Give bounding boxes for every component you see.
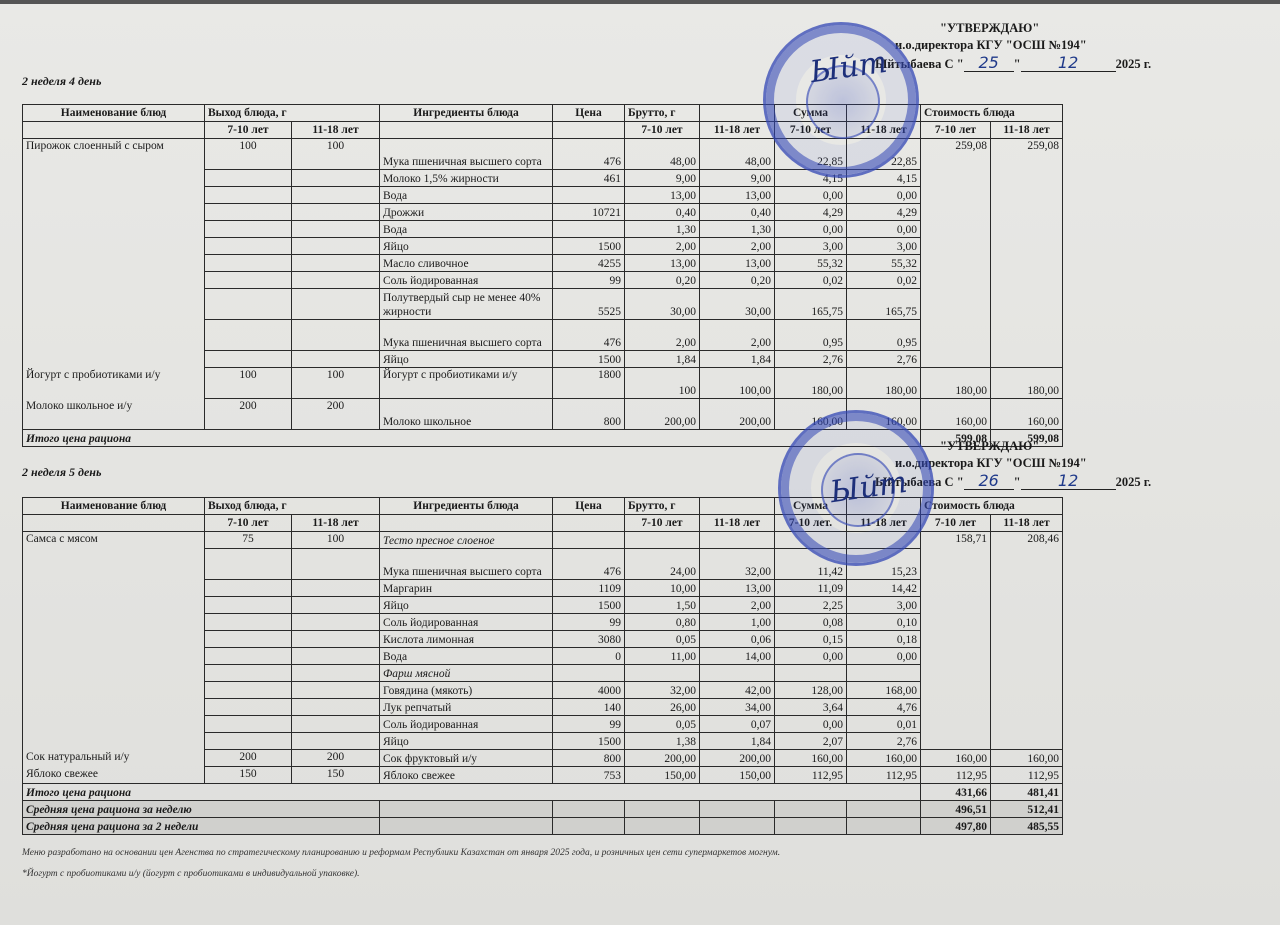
ingredient-name: Яйцо [380,351,553,368]
yield-11-18 [292,682,380,699]
ingredient-price [553,532,625,549]
subheader-blank [553,515,625,532]
ingredient-price: 4255 [553,255,625,272]
sum-11-18: 2,76 [847,733,921,750]
subheader-age-11-18: 11-18 лет [991,515,1063,532]
brutto-7-10: 1,50 [625,597,700,614]
brutto-11-18: 9,00 [700,170,775,187]
dish-cost-7-10: 158,71 [921,532,991,750]
ingredient-price: 99 [553,272,625,289]
ingredient-price: 476 [553,549,625,580]
day4-title: 2 неделя 4 день [22,74,101,89]
ingredient-name: Вода [380,187,553,204]
yield-11-18 [292,580,380,597]
sum-7-10: 0,02 [775,272,847,289]
two-week-average-row: Средняя цена рациона за 2 недели497,8048… [23,818,1063,835]
yield-7-10 [205,289,292,320]
brutto-11-18: 200,00 [700,399,775,430]
two-week-average-blank [625,818,700,835]
yield-11-18 [292,272,380,289]
sum-7-10: 4,29 [775,204,847,221]
brutto-11-18: 1,30 [700,221,775,238]
footnote-yogurt: *Йогурт с пробиотиками и/у (йогурт с про… [22,869,360,879]
sum-7-10: 3,00 [775,238,847,255]
yield-7-10 [205,238,292,255]
brutto-11-18: 2,00 [700,320,775,351]
ingredient-name: Масло сливочное [380,255,553,272]
header-price: Цена [553,105,625,122]
brutto-11-18: 1,00 [700,614,775,631]
brutto-7-10: 30,00 [625,289,700,320]
ingredient-price: 461 [553,170,625,187]
photo-edge [0,0,1280,4]
subheader-blank [380,122,553,139]
official-stamp-icon [763,22,919,178]
subheader-age-7-10: 7-10 лет [205,122,292,139]
brutto-7-10: 10,00 [625,580,700,597]
ingredient-price: 1500 [553,351,625,368]
header-cost: Стоимость блюда [921,105,1063,122]
brutto-11-18: 30,00 [700,289,775,320]
ingredient-name: Мука пшеничная высшего сорта [380,320,553,351]
sum-11-18: 112,95 [847,767,921,784]
brutto-11-18: 13,00 [700,187,775,204]
yield-11-18 [292,614,380,631]
approval-month: 12 [1021,472,1116,490]
brutto-11-18 [700,532,775,549]
brutto-7-10: 1,30 [625,221,700,238]
sum-11-18: 55,32 [847,255,921,272]
yield-11-18 [292,733,380,750]
dish-cost-11-18: 112,95 [991,767,1063,784]
brutto-11-18: 100,00 [700,368,775,399]
dish-cost-11-18: 208,46 [991,532,1063,750]
brutto-7-10: 200,00 [625,750,700,767]
dish-name: Пирожок слоенный с сыром [23,139,205,368]
ingredient-price: 99 [553,716,625,733]
brutto-7-10: 2,00 [625,320,700,351]
sum-11-18: 160,00 [847,750,921,767]
ingredient-price: 1500 [553,597,625,614]
sum-11-18: 14,42 [847,580,921,597]
dish-cost-11-18: 160,00 [991,399,1063,430]
table-row: Сок натуральный и/у200200Сок фруктовый и… [23,750,1063,767]
brutto-7-10: 150,00 [625,767,700,784]
brutto-11-18: 150,00 [700,767,775,784]
yield-11-18: 150 [292,767,380,784]
brutto-11-18: 0,40 [700,204,775,221]
yield-7-10 [205,320,292,351]
sum-7-10: 165,75 [775,289,847,320]
approval-year: 2025 г. [1116,475,1152,489]
ingredient-price: 99 [553,614,625,631]
subheader-age-11-18: 11-18 лет [991,122,1063,139]
ingredient-name: Фарш мясной [380,665,553,682]
ingredient-price: 1500 [553,238,625,255]
sum-11-18: 4,29 [847,204,921,221]
subheader-blank [380,515,553,532]
ingredient-name: Сок фруктовый и/у [380,750,553,767]
sum-11-18: 0,00 [847,221,921,238]
table-row: Молоко школьное и/у200200Молоко школьное… [23,399,1063,430]
ingredient-price: 800 [553,750,625,767]
ingredient-name: Мука пшеничная высшего сорта [380,549,553,580]
yield-11-18 [292,289,380,320]
yield-11-18: 100 [292,139,380,170]
brutto-11-18: 200,00 [700,750,775,767]
sum-11-18: 0,01 [847,716,921,733]
sum-7-10: 0,00 [775,187,847,204]
menu-table-day4: Наименование блюдВыход блюда, гИнгредиен… [22,104,1063,447]
ingredient-price: 476 [553,139,625,170]
total-row: Итого цена рациона431,66481,41 [23,784,1063,801]
brutto-7-10: 13,00 [625,187,700,204]
ingredient-price: 0 [553,648,625,665]
brutto-7-10: 24,00 [625,549,700,580]
brutto-11-18: 0,07 [700,716,775,733]
brutto-11-18: 13,00 [700,580,775,597]
ingredient-name: Яйцо [380,733,553,750]
brutto-7-10: 1,84 [625,351,700,368]
dish-name: Яблоко свежее [23,767,205,784]
sum-7-10: 0,00 [775,648,847,665]
subheader-age-11-18: 11-18 лет [292,515,380,532]
brutto-11-18: 14,00 [700,648,775,665]
brutto-7-10: 100 [625,368,700,399]
dish-cost-7-10: 160,00 [921,399,991,430]
ingredient-price: 3080 [553,631,625,648]
brutto-11-18: 2,00 [700,238,775,255]
ingredient-name: Соль йодированная [380,614,553,631]
approval-day: 26 [964,472,1014,490]
ingredient-name: Вода [380,648,553,665]
sum-7-10: 2,25 [775,597,847,614]
sum-11-18: 180,00 [847,368,921,399]
sum-7-10: 112,95 [775,767,847,784]
ingredient-name: Маргарин [380,580,553,597]
ingredient-name: Говядина (мякоть) [380,682,553,699]
brutto-7-10: 1,38 [625,733,700,750]
table-row: Пирожок слоенный с сыром100100Мука пшени… [23,139,1063,170]
brutto-7-10: 9,00 [625,170,700,187]
brutto-11-18: 1,84 [700,733,775,750]
yield-7-10 [205,272,292,289]
ingredient-price: 1109 [553,580,625,597]
sum-11-18: 0,18 [847,631,921,648]
yield-11-18 [292,597,380,614]
brutto-7-10: 0,05 [625,716,700,733]
sum-11-18: 0,00 [847,187,921,204]
ingredient-name: Молоко 1,5% жирности [380,170,553,187]
sum-7-10: 2,76 [775,351,847,368]
brutto-11-18: 48,00 [700,139,775,170]
ingredient-name: Полутвердый сыр не менее 40% жирности [380,289,553,320]
sum-11-18: 2,76 [847,351,921,368]
yield-11-18 [292,170,380,187]
subheader-age-11-18: 11-18 лет [700,515,775,532]
header-brutto: Брутто, г [625,498,700,515]
brutto-11-18: 0,06 [700,631,775,648]
header-yield: Выход блюда, г [205,498,380,515]
brutto-11-18: 13,00 [700,255,775,272]
ingredient-price: 4000 [553,682,625,699]
yield-7-10: 200 [205,750,292,767]
ingredient-name: Йогурт с пробиотиками и/у [380,368,553,399]
ingredient-name: Соль йодированная [380,272,553,289]
ingredient-price: 1800 [553,368,625,399]
brutto-7-10: 0,05 [625,631,700,648]
yield-7-10 [205,699,292,716]
total-11-18: 481,41 [991,784,1063,801]
brutto-7-10: 26,00 [625,699,700,716]
sum-7-10: 3,64 [775,699,847,716]
sum-7-10: 180,00 [775,368,847,399]
ingredient-price: 5525 [553,289,625,320]
brutto-7-10: 0,20 [625,272,700,289]
two-week-average-blank [700,818,775,835]
sum-11-18: 0,02 [847,272,921,289]
yield-7-10 [205,682,292,699]
yield-7-10: 150 [205,767,292,784]
dish-name: Молоко школьное и/у [23,399,205,430]
sum-11-18: 0,00 [847,648,921,665]
yield-7-10: 100 [205,368,292,399]
subheader-blank [23,515,205,532]
subheader-blank [23,122,205,139]
sum-11-18 [847,665,921,682]
header-ingredients: Ингредиенты блюда [380,105,553,122]
header-brutto: Брутто, г [625,105,700,122]
ingredient-name: Дрожжи [380,204,553,221]
subheader-blank [553,122,625,139]
dish-cost-7-10: 259,08 [921,139,991,368]
brutto-11-18 [700,665,775,682]
ingredient-name: Кислота лимонная [380,631,553,648]
brutto-7-10: 48,00 [625,139,700,170]
yield-7-10 [205,665,292,682]
yield-11-18 [292,699,380,716]
header-dish: Наименование блюд [23,105,205,122]
dish-name: Сок натуральный и/у [23,750,205,767]
yield-11-18 [292,549,380,580]
sum-7-10: 11,09 [775,580,847,597]
sum-7-10: 0,00 [775,716,847,733]
approval-day: 25 [964,54,1014,72]
yield-7-10 [205,549,292,580]
yield-7-10 [205,733,292,750]
yield-11-18 [292,204,380,221]
header-blank [700,498,775,515]
ingredient-price: 753 [553,767,625,784]
brutto-11-18: 42,00 [700,682,775,699]
ingredient-price: 140 [553,699,625,716]
ingredient-price [553,221,625,238]
total-label: Итого цена рациона [23,784,921,801]
ingredient-name: Яйцо [380,597,553,614]
two-week-average-blank [380,818,553,835]
dish-cost-7-10: 160,00 [921,750,991,767]
two-week-average-blank [847,818,921,835]
ingredient-name: Молоко школьное [380,399,553,430]
week-average-blank [553,801,625,818]
sum-11-18: 168,00 [847,682,921,699]
week-average-blank [700,801,775,818]
dish-cost-7-10: 112,95 [921,767,991,784]
yield-7-10 [205,204,292,221]
week-average-label: Средняя цена рациона за неделю [23,801,380,818]
subheader-age-7-10: 7-10 лет [921,515,991,532]
yield-11-18 [292,631,380,648]
sum-11-18: 0,10 [847,614,921,631]
yield-11-18: 200 [292,750,380,767]
yield-11-18: 200 [292,399,380,430]
yield-11-18 [292,238,380,255]
sum-7-10: 160,00 [775,750,847,767]
sum-11-18: 0,95 [847,320,921,351]
subheader-age-7-10: 7-10 лет [921,122,991,139]
subheader-age-11-18: 11-18 лет [292,122,380,139]
brutto-7-10: 2,00 [625,238,700,255]
ingredient-price: 1500 [553,733,625,750]
ingredient-name: Мука пшеничная высшего сорта [380,139,553,170]
quote-mark: " [1014,475,1021,489]
header-yield: Выход блюда, г [205,105,380,122]
yield-7-10 [205,221,292,238]
yield-11-18 [292,320,380,351]
approval-year: 2025 г. [1116,57,1152,71]
ingredient-price: 10721 [553,204,625,221]
brutto-11-18: 0,20 [700,272,775,289]
subheader-age-11-18: 11-18 лет [700,122,775,139]
yield-7-10: 75 [205,532,292,549]
yield-11-18 [292,648,380,665]
subheader-age-7-10: 7-10 лет [205,515,292,532]
sum-7-10: 0,15 [775,631,847,648]
sum-7-10 [775,665,847,682]
yield-11-18 [292,665,380,682]
dish-cost-11-18: 160,00 [991,750,1063,767]
sum-11-18: 3,00 [847,238,921,255]
week-average-7-10: 496,51 [921,801,991,818]
brutto-7-10 [625,665,700,682]
yield-7-10 [205,648,292,665]
brutto-11-18: 34,00 [700,699,775,716]
sum-11-18: 3,00 [847,597,921,614]
sum-7-10: 55,32 [775,255,847,272]
yield-11-18: 100 [292,532,380,549]
yield-11-18: 100 [292,368,380,399]
menu-table-day5: Наименование блюдВыход блюда, гИнгредиен… [22,497,1063,835]
week-average-blank [625,801,700,818]
ingredient-name: Яйцо [380,238,553,255]
sum-7-10: 2,07 [775,733,847,750]
week-average-blank [380,801,553,818]
ingredient-name: Соль йодированная [380,716,553,733]
yield-7-10: 200 [205,399,292,430]
two-week-average-blank [553,818,625,835]
week-average-11-18: 512,41 [991,801,1063,818]
brutto-7-10: 32,00 [625,682,700,699]
brutto-7-10: 13,00 [625,255,700,272]
dish-cost-7-10: 180,00 [921,368,991,399]
ingredient-price: 800 [553,399,625,430]
brutto-7-10: 0,80 [625,614,700,631]
table-row: Яблоко свежее150150Яблоко свежее753150,0… [23,767,1063,784]
ingredient-price [553,665,625,682]
dish-cost-11-18: 259,08 [991,139,1063,368]
subheader-age-7-10: 7-10 лет [625,515,700,532]
ingredient-price: 476 [553,320,625,351]
brutto-11-18: 2,00 [700,597,775,614]
approval-month: 12 [1021,54,1116,72]
yield-7-10 [205,614,292,631]
brutto-7-10: 11,00 [625,648,700,665]
ingredient-name: Яблоко свежее [380,767,553,784]
dish-name: Йогурт с пробиотиками и/у [23,368,205,399]
dish-name: Самса с мясом [23,532,205,750]
yield-7-10 [205,255,292,272]
brutto-11-18: 1,84 [700,351,775,368]
yield-7-10 [205,597,292,614]
total-7-10: 431,66 [921,784,991,801]
brutto-7-10 [625,532,700,549]
yield-7-10 [205,716,292,733]
ingredient-name: Тесто пресное слоеное [380,532,553,549]
yield-11-18 [292,351,380,368]
two-week-average-blank [775,818,847,835]
header-ingredients: Ингредиенты блюда [380,498,553,515]
week-average-blank [775,801,847,818]
two-week-average-7-10: 497,80 [921,818,991,835]
yield-7-10 [205,170,292,187]
week-average-row: Средняя цена рациона за неделю496,51512,… [23,801,1063,818]
yield-7-10: 100 [205,139,292,170]
table-row: Йогурт с пробиотиками и/у100100Йогурт с … [23,368,1063,399]
yield-7-10 [205,580,292,597]
yield-11-18 [292,716,380,733]
sum-7-10: 128,00 [775,682,847,699]
yield-11-18 [292,221,380,238]
quote-mark: " [1014,57,1021,71]
brutto-7-10: 0,40 [625,204,700,221]
yield-11-18 [292,187,380,204]
header-dish: Наименование блюд [23,498,205,515]
ingredient-name: Вода [380,221,553,238]
footnote-sources: Меню разработано на основании цен Агенст… [22,848,780,858]
sum-7-10: 0,08 [775,614,847,631]
yield-11-18 [292,255,380,272]
header-cost: Стоимость блюда [921,498,1063,515]
week-average-blank [847,801,921,818]
yield-7-10 [205,631,292,648]
day5-title: 2 неделя 5 день [22,465,101,480]
sum-11-18: 4,76 [847,699,921,716]
ingredient-price [553,187,625,204]
sum-11-18: 165,75 [847,289,921,320]
brutto-7-10: 200,00 [625,399,700,430]
yield-7-10 [205,351,292,368]
sum-7-10: 0,95 [775,320,847,351]
yield-7-10 [205,187,292,204]
dish-cost-11-18: 180,00 [991,368,1063,399]
sum-7-10: 0,00 [775,221,847,238]
two-week-average-label: Средняя цена рациона за 2 недели [23,818,380,835]
brutto-11-18: 32,00 [700,549,775,580]
header-price: Цена [553,498,625,515]
two-week-average-11-18: 485,55 [991,818,1063,835]
subheader-age-7-10: 7-10 лет [625,122,700,139]
ingredient-name: Лук репчатый [380,699,553,716]
